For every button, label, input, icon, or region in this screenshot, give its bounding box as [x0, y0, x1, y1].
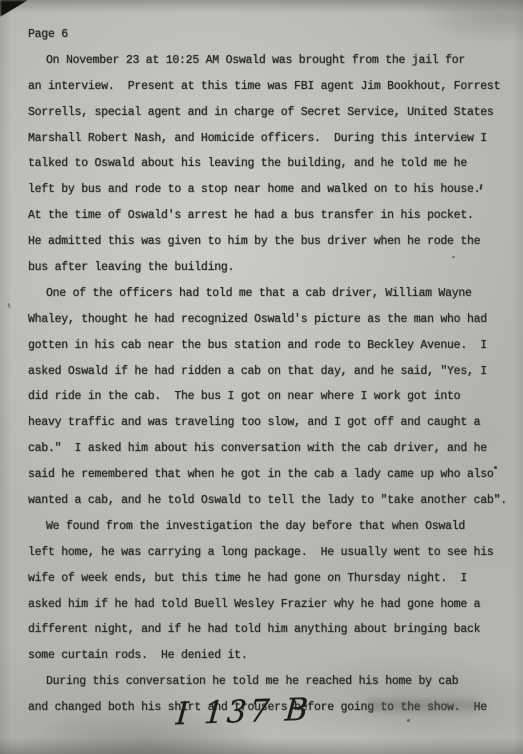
typed-line: He admitted this was given to him by the… [28, 229, 523, 255]
typed-line: cab." I asked him about his conversation… [28, 436, 523, 462]
typed-line: One of the officers had told me that a c… [28, 281, 523, 307]
typed-line: wife of week ends, but this time he had … [28, 566, 523, 592]
typed-line: Whaley, thought he had recognized Oswald… [28, 307, 523, 333]
typed-line: did ride in the cab. The bus I got on ne… [28, 384, 523, 410]
typed-line: an interview. Present at this time was F… [28, 74, 523, 100]
typed-line: left home, he was carrying a long packag… [28, 540, 523, 566]
typed-line: said he remembered that when he got in t… [28, 462, 523, 488]
typed-line: gotten in his cab near the bus station a… [28, 333, 523, 359]
typed-line: Marshall Robert Nash, and Homicide offic… [28, 126, 523, 152]
typed-line: bus after leaving the building. [28, 255, 523, 281]
page-number-label: Page 6 [28, 22, 523, 48]
paragraph-interview: On November 23 at 10:25 AM Oswald was br… [28, 48, 523, 281]
typed-line: On November 23 at 10:25 AM Oswald was br… [28, 48, 523, 74]
typed-line: Sorrells, special agent and in charge of… [28, 100, 523, 126]
scanned-document-page: Page 6 On November 23 at 10:25 AM Oswald… [0, 0, 523, 754]
typed-line: asked Oswald if he had ridden a cab on t… [28, 359, 523, 385]
paragraph-cab-driver: One of the officers had told me that a c… [28, 281, 523, 514]
typed-line: asked him if he had told Buell Wesley Fr… [28, 592, 523, 618]
typed-line: At the time of Oswald's arrest he had a … [28, 203, 523, 229]
typed-line: left by bus and rode to a stop near home… [28, 177, 523, 203]
typed-line: some curtain rods. He denied it. [28, 643, 523, 669]
typed-line: wanted a cab, and he told Oswald to tell… [28, 488, 523, 514]
scan-speck [452, 256, 455, 258]
typed-line: different night, and if he had told him … [28, 617, 523, 643]
typed-line: heavy traffic and was traveling too slow… [28, 410, 523, 436]
typed-line: We found from the investigation the day … [28, 514, 523, 540]
typed-line: talked to Oswald about his leaving the b… [28, 151, 523, 177]
typed-line: During this conversation he told me he r… [28, 669, 523, 695]
paragraph-package: We found from the investigation the day … [28, 514, 523, 669]
scan-speck [494, 466, 497, 469]
scan-speck [407, 719, 410, 722]
handwritten-exhibit-mark: I 137 B [175, 692, 312, 733]
document-content: Page 6 On November 23 at 10:25 AM Oswald… [0, 0, 523, 721]
scan-smudge [366, 700, 480, 711]
